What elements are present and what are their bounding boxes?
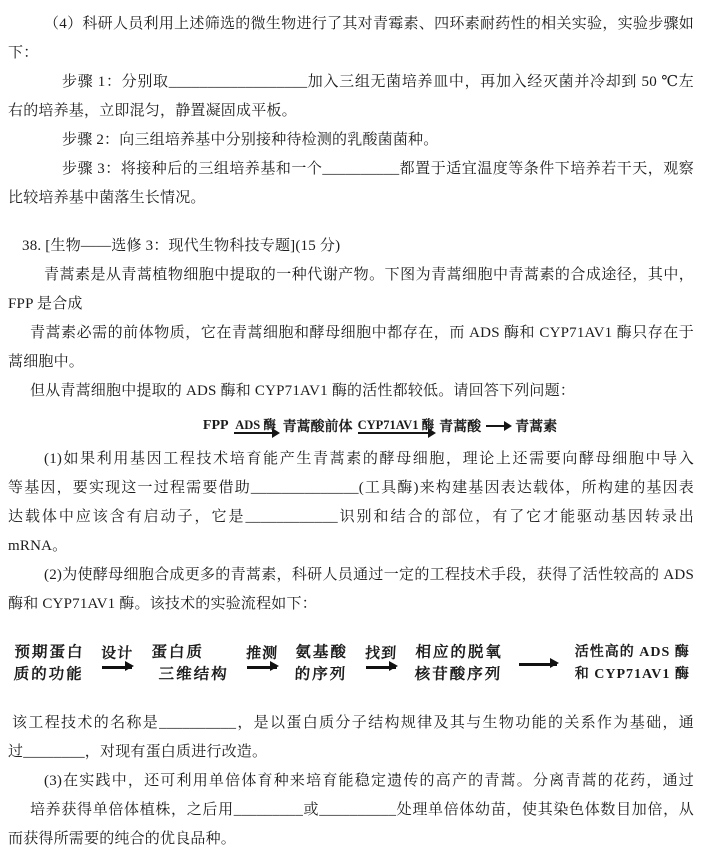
text-line: 比较培养基中菌落生长情况。 bbox=[8, 184, 694, 213]
pathway-node-fpp: FPP bbox=[203, 418, 229, 434]
flow-node-text: 预期蛋白 bbox=[14, 644, 85, 661]
arrow-right-icon bbox=[366, 666, 396, 669]
flow-node-text: 核苷酸序列 bbox=[414, 664, 502, 686]
question-37-part4: （4）科研人员利用上述筛选的微生物进行了其对青霉素、四环素耐药性的相关实验，实验… bbox=[8, 10, 694, 213]
arrow-right-icon bbox=[519, 663, 557, 666]
experiment-flowchart: 预期蛋白 质的功能 设计 蛋白质 三维结构 推测 氨基酸 的序列 找到 bbox=[14, 628, 690, 700]
question-heading: 38. [生物——选修 3：现代生物科技专题](15 分) bbox=[8, 232, 694, 261]
arrow-right-icon bbox=[247, 666, 277, 669]
question-38: 38. [生物——选修 3：现代生物科技专题](15 分) 青蒿素是从青蒿植物细… bbox=[8, 232, 694, 854]
flow-node-text: 三维结构 bbox=[158, 664, 229, 686]
flow-arrow-final bbox=[519, 663, 557, 666]
pathway-arrow-cyp: CYP71AV1 酶 bbox=[358, 418, 435, 434]
arrow-right-icon bbox=[102, 666, 132, 669]
pathway-node-precursor: 青蒿酸前体 bbox=[283, 416, 353, 436]
text-line: 等基因，要实现这一过程需要借助______________(工具酶)来构建基因表… bbox=[8, 474, 694, 503]
arrow-label-cyp: CYP71AV1 酶 bbox=[358, 418, 435, 432]
flow-node-expected-function: 预期蛋白 质的功能 bbox=[13, 642, 85, 686]
arrow-label-ads: ADS 酶 bbox=[235, 418, 276, 432]
text-line: 青蒿素是从青蒿植物细胞中提取的一种代谢产物。下图为青蒿细胞中青蒿素的合成途径，其… bbox=[8, 261, 694, 290]
flow-node-text: 活性高的 ADS 酶 bbox=[575, 645, 690, 660]
text-line: mRNA。 bbox=[8, 532, 694, 561]
flow-node-text: 质的功能 bbox=[13, 664, 84, 686]
flow-arrow-find: 找到 bbox=[365, 646, 397, 669]
text-line: 但从青蒿细胞中提取的 ADS 酶和 CYP71AV1 酶的活性都较低。请回答下列… bbox=[8, 377, 694, 406]
text-line: 培养获得单倍体植株，之后用_________或__________处理单倍体幼苗… bbox=[8, 796, 694, 825]
flow-node-protein-structure: 蛋白质 三维结构 bbox=[150, 642, 230, 686]
pathway-arrow-ads: ADS 酶 bbox=[234, 418, 278, 434]
text-line: FPP 是合成 bbox=[8, 290, 694, 319]
text-line: (1)如果利用基因工程技术培育能产生青蒿素的酵母细胞，理论上还需要向酵母细胞中导… bbox=[8, 445, 694, 474]
text-line: 过________，对现有蛋白质进行改造。 bbox=[8, 738, 694, 767]
flow-arrow-infer: 推测 bbox=[246, 646, 278, 669]
pathway-node-acid: 青蒿酸 bbox=[439, 416, 481, 436]
text-line: 蒿细胞中。 bbox=[8, 348, 694, 377]
text-line: 下： bbox=[8, 39, 694, 68]
arrow-right-icon bbox=[358, 432, 435, 434]
text-line: 达载体中应该含有启动子，它是____________识别和结合的部位，有了它才能… bbox=[8, 503, 694, 532]
flow-node-amino-acid-sequence: 氨基酸 的序列 bbox=[295, 642, 349, 686]
flow-node-text: 和 CYP71AV1 酶 bbox=[575, 664, 690, 686]
flow-node-nucleotide-sequence: 相应的脱氧 核苷酸序列 bbox=[414, 642, 503, 686]
text-line: 步骤 2：向三组培养基中分别接种待检测的乳酸菌菌种。 bbox=[8, 126, 694, 155]
text-line: 而获得所需要的纯合的优良品种。 bbox=[8, 825, 694, 854]
text-line: (2)为使酵母细胞合成更多的青蒿素，科研人员通过一定的工程技术手段，获得了活性较… bbox=[8, 561, 694, 590]
flow-arrow-design: 设计 bbox=[101, 646, 133, 669]
pathway-node-artemisinin: 青蒿素 bbox=[515, 416, 557, 436]
text-line: 步骤 3：将接种后的三组培养基和一个__________都置于适宜温度等条件下培… bbox=[8, 155, 694, 184]
flow-node-text: 蛋白质 bbox=[151, 644, 204, 661]
flow-node-text: 的序列 bbox=[295, 664, 348, 686]
text-line: 该工程技术的名称是__________，是以蛋白质分子结构规律及其与生物功能的关… bbox=[8, 709, 694, 738]
arrow-right-icon bbox=[486, 425, 510, 427]
text-line: 步骤 1：分别取__________________加入三组无菌培养皿中，再加入… bbox=[8, 68, 694, 97]
text-line: (3)在实践中，还可利用单倍体育种来培育能稳定遗传的高产的青蒿。分离青蒿的花药，… bbox=[8, 767, 694, 796]
pathway-arrow-final bbox=[486, 425, 510, 427]
flow-node-text: 氨基酸 bbox=[295, 644, 348, 661]
flow-node-high-activity-enzymes: 活性高的 ADS 酶 和 CYP71AV1 酶 bbox=[575, 642, 690, 686]
synthesis-pathway-diagram: FPP ADS 酶 青蒿酸前体 CYP71AV1 酶 青蒿酸 青蒿素 bbox=[66, 409, 694, 443]
text-line: 青蒿素必需的前体物质，它在青蒿细胞和酵母细胞中都存在，而 ADS 酶和 CYP7… bbox=[8, 319, 694, 348]
arrow-right-icon bbox=[234, 432, 278, 434]
text-line: 酶和 CYP71AV1 酶。该技术的实验流程如下： bbox=[8, 590, 694, 619]
text-line: （4）科研人员利用上述筛选的微生物进行了其对青霉素、四环素耐药性的相关实验，实验… bbox=[8, 10, 694, 39]
text-line: 右的培养基，立即混匀，静置凝固成平板。 bbox=[8, 97, 694, 126]
flow-node-text: 相应的脱氧 bbox=[415, 644, 503, 661]
exam-page: （4）科研人员利用上述筛选的微生物进行了其对青霉素、四环素耐药性的相关实验，实验… bbox=[0, 0, 702, 854]
